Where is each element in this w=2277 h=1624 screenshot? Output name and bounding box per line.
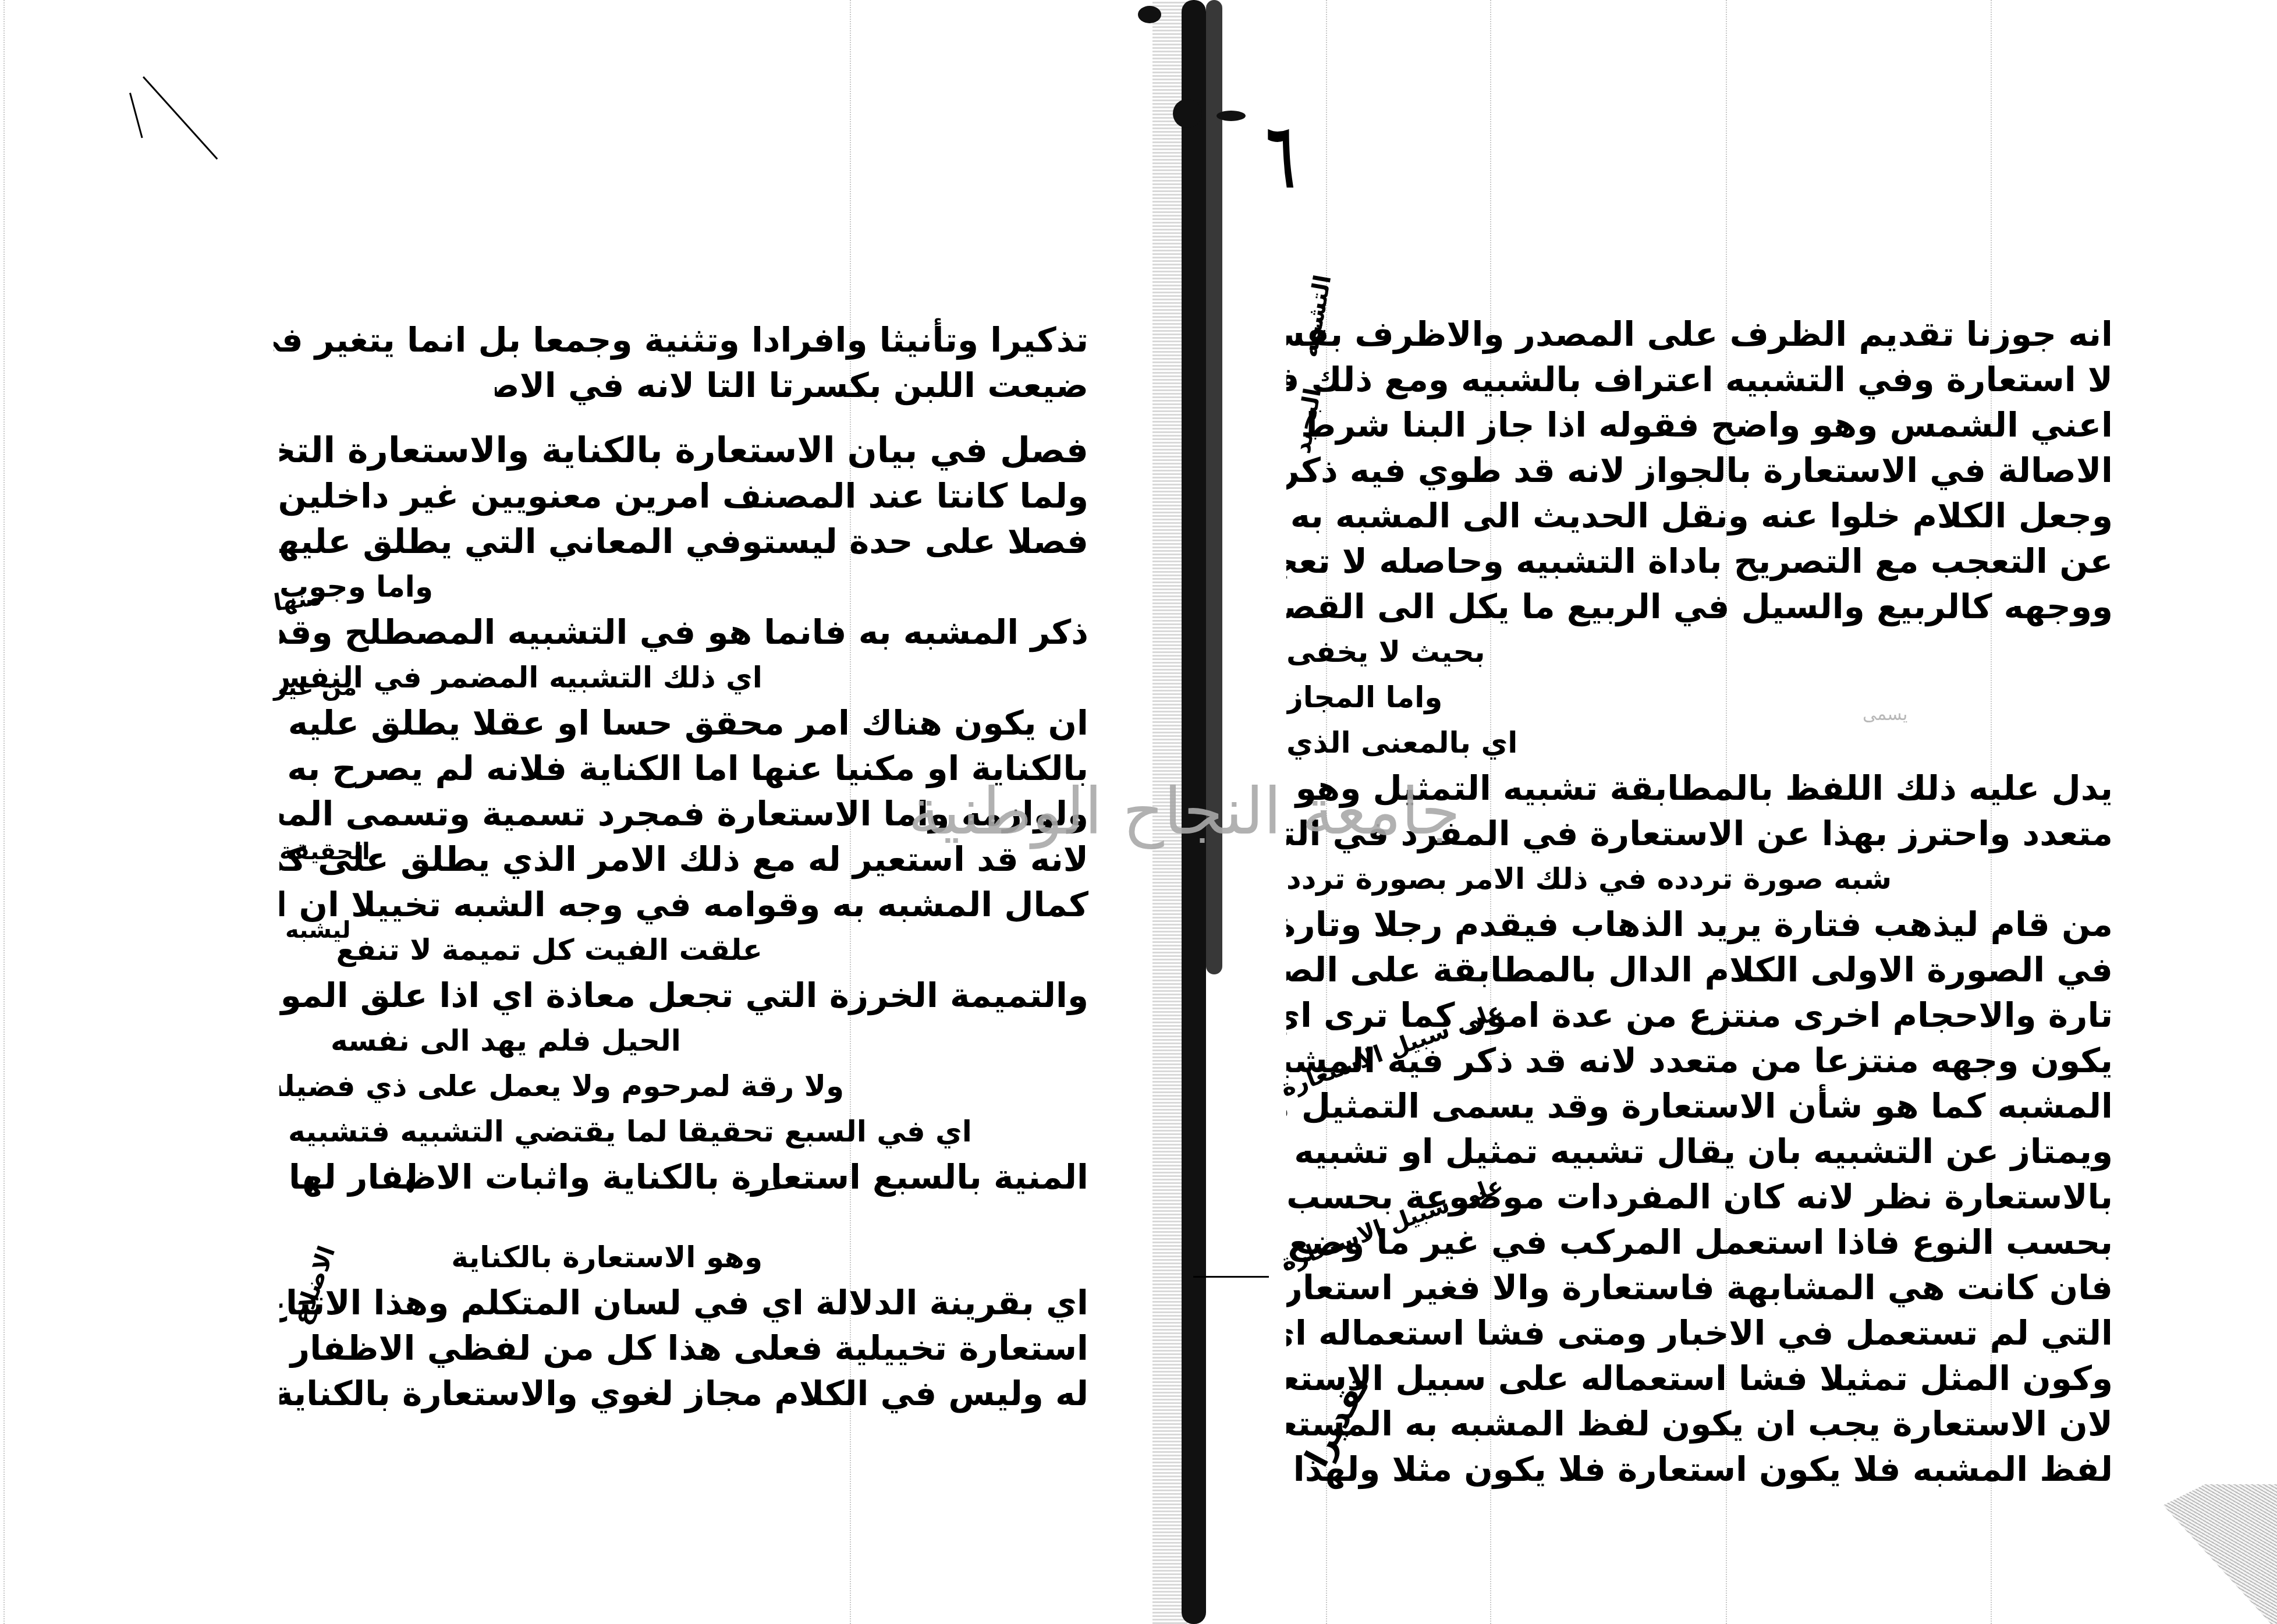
manuscript-spread: تذكيرا وتأنيثا وافرادا وتثنية وجمعا بل ا… (0, 0, 2277, 1624)
text-line: ذكر المشبه به فانما هو في التشبيه المصطل… (279, 609, 1088, 655)
pen-stroke (143, 76, 218, 159)
ink-stain (1173, 99, 1202, 128)
text-line: المشبه كما هو شأن الاستعارة وقد يسمى الت… (1286, 1083, 2113, 1129)
section-heading: فصل في بيان الاستعارة بالكناية والاستعار… (279, 428, 1088, 473)
margin-gloss: من غير (274, 674, 357, 701)
text-line: اي في السبع تحقيقا لما يقتضي التشبيه فتش… (279, 1109, 1088, 1154)
text-line: انه جوزنا تقديم الظرف على المصدر والاظرف… (1286, 311, 2113, 357)
text-line: كمال المشبه به وقوامه في وجه الشبه تخييل… (279, 882, 1088, 927)
text-line: لا استعارة وفي التشبيه اعتراف بالشبيه وم… (1286, 357, 2113, 402)
text-line: اعني الشمس وهو واضح فقوله اذا جاز البنا … (1286, 402, 2113, 448)
text-line: من قام ليذهب فتارة يريد الذهاب فيقدم رجل… (1286, 902, 2113, 947)
text-line: لان الاستعارة يجب ان يكون لفظ المشبه به … (1286, 1401, 2113, 1446)
ink-mark (406, 1179, 414, 1193)
text-line: ضيعت اللبن بكسرتا التا لانه في الاصل لام… (495, 363, 1088, 408)
margin-gloss: الحقيقة (279, 838, 370, 865)
text-line: وكون المثل تمثيلا فشا استعماله على سبيل … (1286, 1356, 2113, 1401)
text-line: التي لم تستعمل في الاخبار ومتى فشا استعم… (1286, 1310, 2113, 1356)
verse-line: علقت الفيت كل تميمة لا تنفع (279, 927, 1088, 973)
text-line: اي بالمعنى الذي (1286, 720, 2113, 765)
library-watermark: جامعة النجاح الوطنية (908, 774, 1460, 849)
text-line: ووجهه كالربيع والسيل في الربيع ما يكل ال… (1286, 584, 2113, 629)
text-line: وجعل الكلام خلوا عنه ونقل الحديث الى الم… (1286, 493, 2113, 538)
text-line: فصلا على حدة ليستوفي المعاني التي يطلق ع… (279, 519, 1088, 564)
pen-stroke (129, 93, 143, 138)
faint-annotation: يسمى (1863, 704, 1907, 725)
text-line: والتميمة الخرزة التي تجعل معاذة اي اذا ع… (279, 973, 1088, 1018)
text-line: اي ذلك التشبيه المضمر في النفس (279, 655, 1088, 700)
ink-stain (1138, 6, 1161, 23)
text-line: بحيث لا يخفى (1286, 629, 2113, 675)
text-line: له وليس في الكلام مجاز لغوي والاستعارة ب… (279, 1371, 1088, 1416)
text-line: وهو الاستعارة بالكناية (279, 1235, 1088, 1280)
text-line: الحيل فلم يهد الى نفسه (279, 1018, 1088, 1063)
text-line: لفظ المشبه فلا يكون استعارة فلا يكون مثل… (1286, 1446, 2113, 1492)
text-line: ولما كانتا عند المصنف امرين معنويين غير … (279, 473, 1088, 519)
folio-number: ٦ (1267, 105, 1294, 207)
text-line: شبه صورة تردده في ذلك الامر بصورة تردد (1286, 856, 2113, 902)
text-line: في الصورة الاولى الكلام الدال بالمطابقة … (1286, 947, 2113, 992)
text-line: تذكيرا وتأنيثا وافرادا وتثنية وجمعا بل ا… (274, 317, 1088, 363)
margin-gloss: ليشبه (285, 917, 351, 944)
right-main-text: انه جوزنا تقديم الظرف على المصدر والاظرف… (1286, 311, 2113, 1492)
text-line: عن التعجب مع التصريح باداة التشبيه وحاصل… (1286, 538, 2113, 584)
text-line: الاصالة في الاستعارة بالجواز لانه قد طوي… (1286, 448, 2113, 493)
text-line: ويمتاز عن التشبيه بان يقال تشبيه تمثيل ا… (1286, 1129, 2113, 1174)
text-line: فان كانت هي المشابهة فاستعارة والا فغير … (1286, 1265, 2113, 1310)
text-line: اي بقرينة الدلالة اي في لسان المتكلم وهذ… (279, 1280, 1088, 1325)
text-line: ان يكون هناك امر محقق حسا او عقلا يطلق ع… (279, 700, 1088, 746)
text-line: المنية بالسبع استعارة بالكناية واثبات ال… (279, 1154, 1088, 1200)
verse-line: ولا رقة لمرحوم ولا يعمل على ذي فضيلة لما… (279, 1063, 1088, 1109)
left-top-text: تذكيرا وتأنيثا وافرادا وتثنية وجمعا بل ا… (274, 317, 1088, 408)
text-line: واما وجوب (279, 564, 1088, 609)
left-main-text: فصل في بيان الاستعارة بالكناية والاستعار… (279, 428, 1088, 1416)
text-line: واما المجاز (1286, 675, 2113, 720)
ink-mark (304, 1176, 314, 1193)
text-line: استعارة تخييلية فعلى هذا كل من لفظي الاظ… (279, 1325, 1088, 1371)
